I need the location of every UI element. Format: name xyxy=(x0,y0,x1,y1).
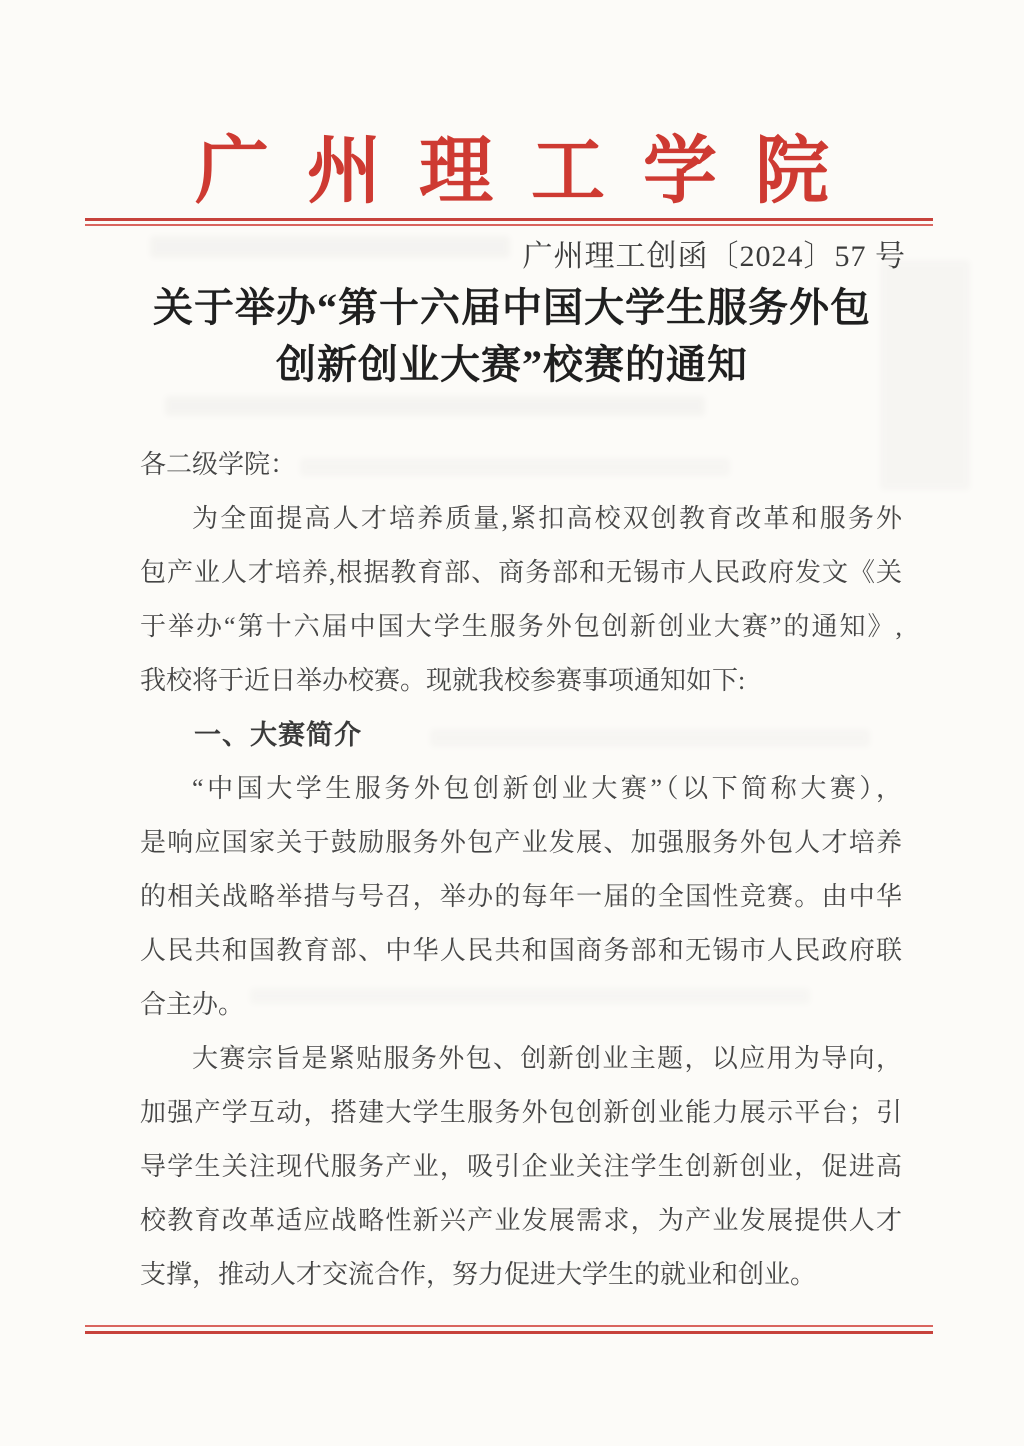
body-line: “中国大学生服务外包创新创业大赛”（以下简称大赛）， xyxy=(140,762,902,816)
footer-rule-thick xyxy=(85,1331,933,1334)
body-line: 于举办“第十六届中国大学生服务外包创新创业大赛”的通知》, xyxy=(140,600,902,654)
scan-artifact xyxy=(165,396,705,416)
letterhead: 广州理工学院 xyxy=(0,112,1024,218)
body-line: 为全面提高人才培养质量,紧扣高校双创教育改革和服务外 xyxy=(140,492,902,546)
section-heading-competition-intro: 一、大赛简介 xyxy=(140,708,902,762)
doc-number: 广州理工创函〔2024〕57 号 xyxy=(523,231,907,275)
body-line: 校教育改革适应战略性新兴产业发展需求，为产业发展提供人才 xyxy=(140,1194,902,1248)
document-title: 关于举办“第十六届中国大学生服务外包 创新创业大赛”校赛的通知 xyxy=(0,279,1024,393)
body-line: 大赛宗旨是紧贴服务外包、创新创业主题，以应用为导向， xyxy=(140,1032,902,1086)
document-page: 广州理工学院 广州理工创函〔2024〕57 号 关于举办“第十六届中国大学生服务… xyxy=(0,0,1024,1446)
header-rule-thick xyxy=(85,218,933,221)
document-title-line-1: 关于举办“第十六届中国大学生服务外包 xyxy=(0,279,1024,336)
scan-artifact xyxy=(150,236,510,258)
body-line: 合主办。 xyxy=(140,978,902,1032)
body-line: 人民共和国教育部、中华人民共和国商务部和无锡市人民政府联 xyxy=(140,924,902,978)
body-line: 支撑，推动人才交流合作，努力促进大学生的就业和创业。 xyxy=(140,1248,902,1302)
footer-rule-thin xyxy=(85,1325,933,1327)
body-line: 我校将于近日举办校赛。现就我校参赛事项通知如下: xyxy=(140,654,902,708)
body-line: 导学生关注现代服务产业，吸引企业关注学生创新创业，促进高 xyxy=(140,1140,902,1194)
header-rule-thin xyxy=(85,224,933,226)
body-line: 包产业人才培养,根据教育部、商务部和无锡市人民政府发文《关 xyxy=(140,546,902,600)
body-line: 的相关战略举措与号召，举办的每年一届的全国性竞赛。由中华 xyxy=(140,870,902,924)
document-body: 各二级学院： 为全面提高人才培养质量,紧扣高校双创教育改革和服务外 包产业人才培… xyxy=(140,438,902,1302)
salutation: 各二级学院： xyxy=(140,438,902,492)
letterhead-title: 广州理工学院 xyxy=(195,112,867,218)
body-line: 加强产学互动，搭建大学生服务外包创新创业能力展示平台；引 xyxy=(140,1086,902,1140)
body-line: 是响应国家关于鼓励服务外包产业发展、加强服务外包人才培养 xyxy=(140,816,902,870)
document-title-line-2: 创新创业大赛”校赛的通知 xyxy=(0,336,1024,393)
